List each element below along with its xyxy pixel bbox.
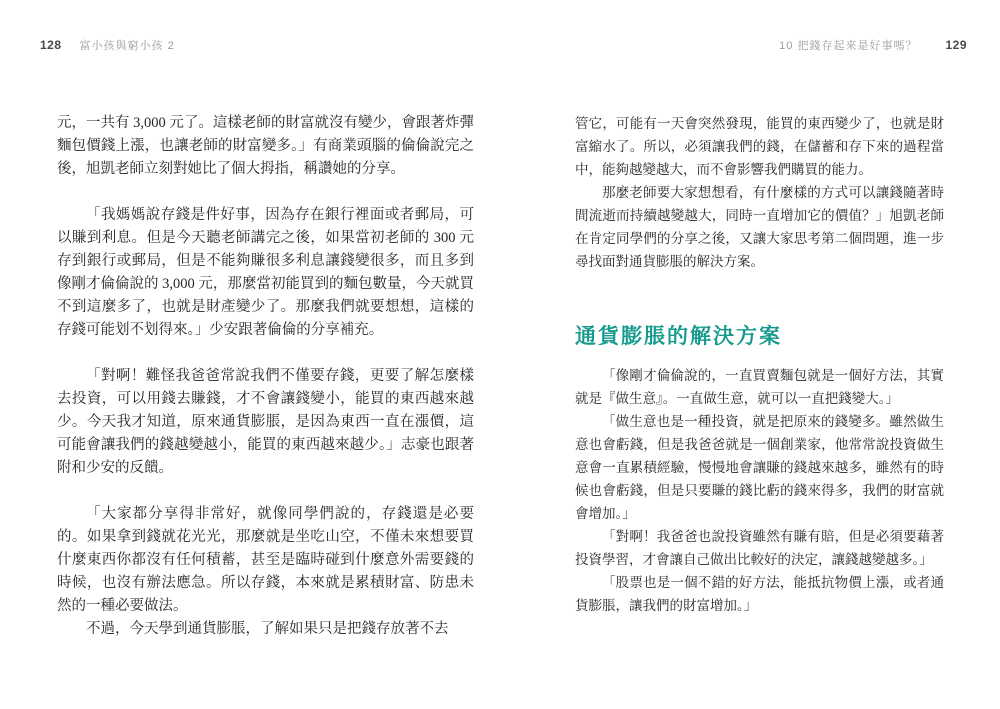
paragraph: 那麼老師要大家想想看，有什麼樣的方式可以讓錢隨著時間流逝而持續越變越大，同時一直… (575, 181, 944, 273)
left-page-header: 128 富小孩與窮小孩 2 (40, 37, 175, 53)
left-page-number: 128 (40, 38, 62, 52)
left-running-title: 富小孩與窮小孩 2 (80, 37, 175, 53)
paragraph: 「做生意也是一種投資，就是把原來的錢變多。雖然做生意也會虧錢，但是我爸爸就是一個… (575, 410, 944, 525)
left-page-body: 元，一共有 3,000 元了。這樣老師的財富就沒有變少，會跟著炸彈麵包價錢上漲，… (57, 112, 474, 641)
paragraph: 「大家都分享得非常好，就像同學們說的，存錢還是必要的。如果拿到錢就花光光，那麼就… (57, 503, 474, 618)
paragraph: 「股票也是一個不錯的好方法，能抵抗物價上漲，或者通貨膨脹，讓我們的財富增加。」 (575, 571, 944, 617)
right-page-number: 129 (945, 38, 967, 52)
paragraph: 「像剛才倫倫說的，一直買賣麵包就是一個好方法，其實就是『做生意』。一直做生意，就… (575, 364, 944, 410)
right-page-header: 10 把錢存起來是好事嗎？ 129 (779, 37, 967, 53)
paragraph: 管它，可能有一天會突然發現，能買的東西變少了，也就是財富縮水了。所以，必須讓我們… (575, 112, 944, 181)
paragraph: 「我媽媽說存錢是件好事，因為存在銀行裡面或者郵局，可以賺到利息。但是今天聽老師講… (57, 204, 474, 342)
right-page-body: 管它，可能有一天會突然發現，能買的東西變少了，也就是財富縮水了。所以，必須讓我們… (575, 112, 944, 617)
paragraph: 「對啊！我爸爸也說投資雖然有賺有賠，但是必須要藉著投資學習，才會讓自己做出比較好… (575, 525, 944, 571)
paragraph: 不過，今天學到通貨膨脹，了解如果只是把錢存放著不去 (57, 618, 474, 641)
right-chapter-title: 10 把錢存起來是好事嗎？ (779, 37, 917, 53)
section-heading: 通貨膨脹的解決方案 (575, 322, 944, 352)
paragraph: 「對啊！難怪我爸爸常說我們不僅要存錢，更要了解怎麼樣去投資，可以用錢去賺錢，才不… (57, 365, 474, 480)
paragraph: 元，一共有 3,000 元了。這樣老師的財富就沒有變少，會跟著炸彈麵包價錢上漲，… (57, 112, 474, 181)
